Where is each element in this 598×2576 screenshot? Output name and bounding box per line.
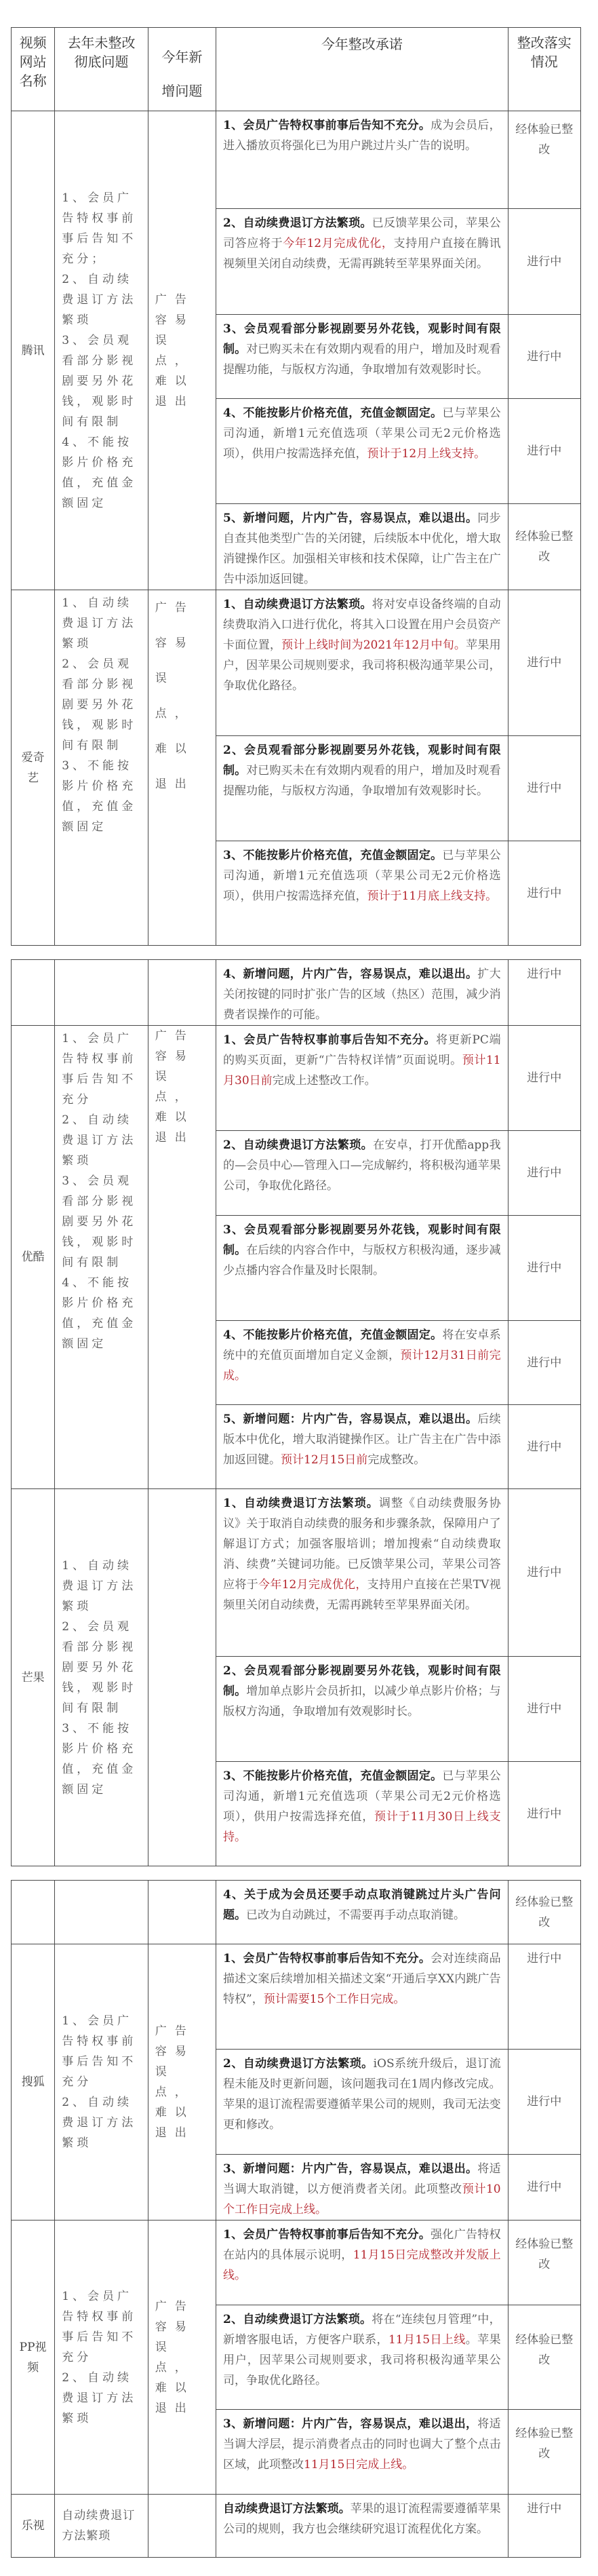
status-cell: 进行中 xyxy=(508,960,580,1026)
promise-cell: 1、会员广告特权事前事后告知不充分。成为会员后，进入播放页将强化已为用户跳过片头… xyxy=(216,111,509,209)
old-issue: 1、自动续费退订方法繁琐 xyxy=(62,593,140,654)
status-cell: 进行中 xyxy=(508,1321,580,1405)
promise-cell: 1、会员广告特权事前事后告知不充分。将更新PC端的购买页面，更新“广告特权详情”… xyxy=(216,1026,509,1131)
promise-cell: 3、新增问题：片内广告，容易误点，难以退出。将适当调大取消键，以方便消费者关闭。… xyxy=(216,2155,509,2221)
promise-title: 1、会员广告特权事前事后告知不充分。 xyxy=(223,119,431,132)
new-issue-cell: 广告容易误点，难以退出 xyxy=(148,1944,216,2221)
site-name: 爱奇艺 xyxy=(12,590,55,946)
promise-cell: 2、自动续费退订方法繁琐。iOS系统升级后，退订流程未能及时更新问题，该问题我司… xyxy=(216,2050,509,2155)
promise-title: 1、会员广告特权事前事后告知不充分。 xyxy=(223,1952,431,1965)
status-cell: 进行中 xyxy=(508,399,580,504)
promise-title: 2、自动续费退订方法繁琐。 xyxy=(223,1138,373,1152)
promise-text-after: 完成整改。 xyxy=(367,1453,425,1467)
status-cell: 进行中 xyxy=(508,1762,580,1866)
old-issue: 2、会员观看部分影视剧要另外花钱，观影时间有限制 xyxy=(62,654,140,756)
status-cell: 进行中 xyxy=(508,315,580,399)
table-header-row: 视频网站名称 去年未整改彻底问题 今年新增问题 今年整改承诺 整改落实情况 xyxy=(12,28,581,111)
table-row: 爱奇艺 1、自动续费退订方法繁琐 2、会员观看部分影视剧要另外花钱，观影时间有限… xyxy=(12,590,581,736)
site-name-continued xyxy=(12,1881,55,1944)
promise-text: 对已购买未在有效期内观看的用户，增加及时观看提醒功能，与版权方沟通，争取增加有效… xyxy=(223,343,501,377)
status-cell: 进行中 xyxy=(508,590,580,736)
promise-cell: 3、会员观看部分影视剧要另外花钱，观影时间有限制。在后续的内容合作中，与版权方积… xyxy=(216,1216,509,1321)
promise-cell: 2、会员观看部分影视剧要另外花钱，观影时间有限制。对已购买未在有效期内观看的用户… xyxy=(216,736,509,841)
site-name: 芒果 xyxy=(12,1489,55,1866)
promise-title: 1、自动续费退订方法繁琐。 xyxy=(223,598,372,611)
promise-deadline: 预计于11月底上线支持。 xyxy=(367,889,498,903)
table-row: 腾讯 1、会员广告特权事前事后告知不充分； 2、自动续费退订方法繁琐 3、会员观… xyxy=(12,111,581,209)
promise-title: 3、不能按影片价格充值，充值金额固定。 xyxy=(223,1769,442,1783)
promise-cell: 自动续费退订方法繁琐。苹果的退订流程需要遵循苹果公司的规则，我方也会继续研究退订… xyxy=(216,2495,509,2558)
site-name-continued xyxy=(12,960,55,1026)
status-cell: 进行中 xyxy=(508,1405,580,1489)
old-issue: 1、会员广告特权事前事后告知不充分 xyxy=(62,2011,140,2092)
promise-title: 3、新增问题：片内广告，容易误点，难以退出。 xyxy=(223,2162,477,2176)
old-issues-cell: 1、自动续费退订方法繁琐 2、会员观看部分影视剧要另外花钱，观影时间有限制 3、… xyxy=(55,1489,148,1866)
promise-title: 自动续费退订方法繁琐。 xyxy=(223,2502,351,2516)
status-cell: 经体验已整改 xyxy=(508,111,580,209)
promise-title: 4、不能按影片价格充值，充值金额固定。 xyxy=(223,1328,442,1342)
promise-text: 在后续的内容合作中，与版权方积极沟通，逐步减少点播内容合作量及时长限制。 xyxy=(223,1244,501,1277)
status-cell: 进行中 xyxy=(508,1131,580,1216)
new-issue-cell: 广告容易误点，难以退出 xyxy=(148,590,216,946)
promise-cell: 3、会员观看部分影视剧要另外花钱，观影时间有限制。对已购买未在有效期内观看的用户… xyxy=(216,315,509,399)
status-cell: 经体验已整改 xyxy=(508,504,580,590)
old-issue: 1、自动续费退订方法繁琐 xyxy=(62,1556,140,1617)
promise-cell: 4、关于成为会员还要手动点取消键跳过片头广告问题。已改为自动跳过，不需要再手动点… xyxy=(216,1881,509,1944)
promise-title: 2、自动续费退订方法繁琐。 xyxy=(223,2313,372,2326)
header-new-issues: 今年新增问题 xyxy=(148,28,216,111)
table-row: 4、关于成为会员还要手动点取消键跳过片头广告问题。已改为自动跳过，不需要再手动点… xyxy=(12,1881,581,1944)
old-issue: 4、不能按影片价格充值，充值金额固定 xyxy=(62,432,140,514)
promise-text: 已改为自动跳过，不需要再手动点取消键。 xyxy=(246,1908,465,1922)
status-cell: 进行中 xyxy=(508,736,580,841)
old-issues-cell: 1、会员广告特权事前事后告知不充分 2、自动续费退订方法繁琐 xyxy=(55,1944,148,2221)
promise-cell: 1、会员广告特权事前事后告知不充分。会对连续商品描述文案后续增加相关描述文案“开… xyxy=(216,1944,509,2050)
promise-cell: 5、新增问题，片内广告，容易误点，难以退出。同步自查其他类型广告的关闭键，后续版… xyxy=(216,504,509,590)
status-cell: 进行中 xyxy=(508,2495,580,2558)
old-issue: 3、会员观看部分影视剧要另外花钱，观影时间有限制 xyxy=(62,1171,140,1273)
promise-title: 3、新增问题：片内广告，容易误点，难以退出， xyxy=(223,2417,477,2431)
site-name: 搜狐 xyxy=(12,1944,55,2221)
header-old-issues: 去年未整改彻底问题 xyxy=(55,28,148,111)
new-issue-cell: 广告容易误点，难以退出 xyxy=(148,111,216,590)
site-name: 优酷 xyxy=(12,1026,55,1489)
promise-deadline: 预计上线时间为2021年12月中旬。 xyxy=(281,638,466,652)
new-issue-cell xyxy=(148,1489,216,1866)
old-issue: 2、自动续费退订方法繁琐 xyxy=(62,2092,140,2153)
promise-text-after: 完成上述整改工作。 xyxy=(273,1074,376,1088)
status-cell: 经体验已整改 xyxy=(508,2305,580,2410)
promise-cell: 2、自动续费退订方法繁琐。在安卓，打开优酷app我的—会员中心—管理入口—完成解… xyxy=(216,1131,509,1216)
promise-cell: 4、不能按影片价格充值，充值金额固定。将在安卓系统中的充值页面增加自定义金额，预… xyxy=(216,1321,509,1405)
header-site: 视频网站名称 xyxy=(12,28,55,111)
old-issue: 2、自动续费退订方法繁琐 xyxy=(62,1110,140,1171)
new-issue-cell xyxy=(148,2495,216,2558)
header-status: 整改落实情况 xyxy=(508,28,580,111)
old-issues-cell: 1、会员广告特权事前事后告知不充分 2、自动续费退订方法繁琐 3、会员观看部分影… xyxy=(55,1026,148,1489)
old-issue: 4、不能按影片价格充值，充值金额固定 xyxy=(62,1273,140,1354)
promise-text: 对已购买未在有效期内观看的用户，增加及时观看提醒功能，与版权方沟通，争取增加有效… xyxy=(223,764,501,798)
old-issue: 3、不能按影片价格充值，充值金额固定 xyxy=(62,1718,140,1800)
old-issues-cell: 1、会员广告特权事前事后告知不充分 2、自动续费退订方法繁琐 xyxy=(55,2221,148,2495)
promise-cell: 3、不能按影片价格充值，充值金额固定。已与苹果公司沟通，新增1元充值选项（苹果公… xyxy=(216,1762,509,1866)
old-issue: 1、会员广告特权事前事后告知不充分 xyxy=(62,2286,140,2368)
old-issue: 2、自动续费退订方法繁琐 xyxy=(62,2368,140,2429)
promise-title: 1、自动续费退订方法繁琐。 xyxy=(223,1497,379,1510)
old-issues-cell: 自动续费退订方法繁琐 xyxy=(55,2495,148,2558)
promise-text: 调整《自动续费服务协议》关于取消自动续费的服务和步骤条款，保障用户了解退订方式；… xyxy=(223,1497,501,1592)
table-row: 芒果 1、自动续费退订方法繁琐 2、会员观看部分影视剧要另外花钱，观影时间有限制… xyxy=(12,1489,581,1657)
rectification-table-page-2: 4、新增问题，片内广告，容易误点，难以退出。扩大关闭按键的同时扩张广告的区域（热… xyxy=(11,959,581,1866)
old-issues-cell: 1、会员广告特权事前事后告知不充分； 2、自动续费退订方法繁琐 3、会员观看部分… xyxy=(55,111,148,590)
old-issues-cell: 1、自动续费退订方法繁琐 2、会员观看部分影视剧要另外花钱，观影时间有限制 3、… xyxy=(55,590,148,946)
new-issue-cell: 广告容易误点，难以退出 xyxy=(148,2221,216,2495)
promise-title: 2、自动续费退订方法繁琐。 xyxy=(223,2057,374,2071)
promise-title: 4、不能按影片价格充值，充值金额固定。 xyxy=(223,406,442,420)
table-row: 乐视 自动续费退订方法繁琐 自动续费退订方法繁琐。苹果的退订流程需要遵循苹果公司… xyxy=(12,2495,581,2558)
promise-cell: 5、新增问题：片内广告，容易误点，难以退出。后续版本中优化，增大取消键操作区。让… xyxy=(216,1405,509,1489)
promise-title: 3、不能按影片价格充值，充值金额固定。 xyxy=(223,849,442,862)
old-issue: 1、会员广告特权事前事后告知不充分； xyxy=(62,188,140,269)
status-cell: 进行中 xyxy=(508,1489,580,1657)
status-cell: 进行中 xyxy=(508,2155,580,2221)
status-cell: 进行中 xyxy=(508,1026,580,1131)
old-issue: 2、自动续费退订方法繁琐 xyxy=(62,269,140,330)
table-row: 优酷 1、会员广告特权事前事后告知不充分 2、自动续费退订方法繁琐 3、会员观看… xyxy=(12,1026,581,1131)
promise-deadline: 11月15日完成上线。 xyxy=(304,2458,414,2472)
promise-title: 2、自动续费退订方法繁琐。 xyxy=(223,216,372,230)
old-issue: 自动续费退订方法繁琐 xyxy=(62,2505,140,2546)
promise-cell: 4、不能按影片价格充值，充值金额固定。已与苹果公司沟通，新增1元充值选项（苹果公… xyxy=(216,399,509,504)
site-name: 腾讯 xyxy=(12,111,55,590)
status-cell: 进行中 xyxy=(508,1657,580,1762)
old-issue: 3、不能按影片价格充值，充值金额固定 xyxy=(62,756,140,837)
status-cell: 进行中 xyxy=(508,841,580,946)
site-name: 乐视 xyxy=(12,2495,55,2558)
old-issue: 3、会员观看部分影视剧要另外花钱，观影时间有限制 xyxy=(62,330,140,432)
status-cell: 进行中 xyxy=(508,209,580,315)
promise-cell: 1、会员广告特权事前事后告知不充分。强化广告特权在站内的具体展示说明，11月15… xyxy=(216,2221,509,2305)
table-row: PP视频 1、会员广告特权事前事后告知不充分 2、自动续费退订方法繁琐 广告容易… xyxy=(12,2221,581,2305)
promise-title: 1、会员广告特权事前事后告知不充分。 xyxy=(223,1033,436,1047)
promise-title: 5、新增问题：片内广告，容易误点，难以退出。 xyxy=(223,1412,477,1426)
promise-cell: 1、自动续费退订方法繁琐。调整《自动续费服务协议》关于取消自动续费的服务和步骤条… xyxy=(216,1489,509,1657)
status-cell: 经体验已整改 xyxy=(508,2221,580,2305)
status-cell: 经体验已整改 xyxy=(508,1881,580,1944)
promise-cell: 2、会员观看部分影视剧要另外花钱，观影时间有限制。增加单点影片会员折扣，以减少单… xyxy=(216,1657,509,1762)
promise-deadline: 预计需要15个工作日完成。 xyxy=(264,1993,405,2006)
header-promise: 今年整改承诺 xyxy=(216,28,509,111)
rectification-table-page-1: 视频网站名称 去年未整改彻底问题 今年新增问题 今年整改承诺 整改落实情况 腾讯… xyxy=(11,27,581,946)
old-issues-continued xyxy=(55,960,148,1026)
old-issues-continued xyxy=(55,1881,148,1944)
promise-deadline: 今年12月完成优化， xyxy=(283,237,393,250)
promise-cell: 2、自动续费退订方法繁琐。将在“连续包月管理”中，新增客服电话，方便客户联系，1… xyxy=(216,2305,509,2410)
new-issue-continued xyxy=(148,960,216,1026)
promise-deadline: 预计12月15日前 xyxy=(281,1453,367,1467)
promise-cell: 3、新增问题：片内广告，容易误点，难以退出，将适当调大浮层，提示消费者点击的同时… xyxy=(216,2410,509,2495)
promise-cell: 1、自动续费退订方法繁琐。将对安卓设备终端的自动续费取消入口进行优化，将其入口设… xyxy=(216,590,509,736)
table-row: 搜狐 1、会员广告特权事前事后告知不充分 2、自动续费退订方法繁琐 广告容易误点… xyxy=(12,1944,581,2050)
promise-title: 5、新增问题，片内广告，容易误点，难以退出。 xyxy=(223,512,477,525)
promise-deadline: 预计于12月上线支持。 xyxy=(367,447,486,461)
promise-deadline: 11月15日上线 xyxy=(388,2333,466,2347)
status-cell: 进行中 xyxy=(508,1216,580,1321)
promise-title: 1、会员广告特权事前事后告知不充分。 xyxy=(223,2228,431,2242)
status-cell: 进行中 xyxy=(508,1944,580,2050)
status-cell: 进行中 xyxy=(508,2050,580,2155)
table-row: 4、新增问题，片内广告，容易误点，难以退出。扩大关闭按键的同时扩张广告的区域（热… xyxy=(12,960,581,1026)
new-issue-continued xyxy=(148,1881,216,1944)
promise-text: 增加单点影片会员折扣，以减少单点影片价格；与版权方沟通，争取增加有效观影时长。 xyxy=(223,1685,501,1718)
old-issue: 1、会员广告特权事前事后告知不充分 xyxy=(62,1029,140,1110)
promise-cell: 4、新增问题，片内广告，容易误点，难以退出。扩大关闭按键的同时扩张广告的区域（热… xyxy=(216,960,509,1026)
promise-title: 4、新增问题，片内广告，容易误点，难以退出。 xyxy=(223,967,477,981)
promise-cell: 3、不能按影片价格充值，充值金额固定。已与苹果公司沟通，新增1元充值选项（苹果公… xyxy=(216,841,509,946)
new-issue-cell: 广告容易误点，难以退出 xyxy=(148,1026,216,1489)
status-cell: 经体验已整改 xyxy=(508,2410,580,2495)
site-name: PP视频 xyxy=(12,2221,55,2495)
promise-deadline: 今年12月完成优化， xyxy=(258,1578,367,1592)
rectification-table-page-3: 4、关于成为会员还要手动点取消键跳过片头广告问题。已改为自动跳过，不需要再手动点… xyxy=(11,1880,581,2558)
old-issue: 2、会员观看部分影视剧要另外花钱，观影时间有限制 xyxy=(62,1617,140,1718)
promise-cell: 2、自动续费退订方法繁琐。已反馈苹果公司，苹果公司答应将于今年12月完成优化，支… xyxy=(216,209,509,315)
